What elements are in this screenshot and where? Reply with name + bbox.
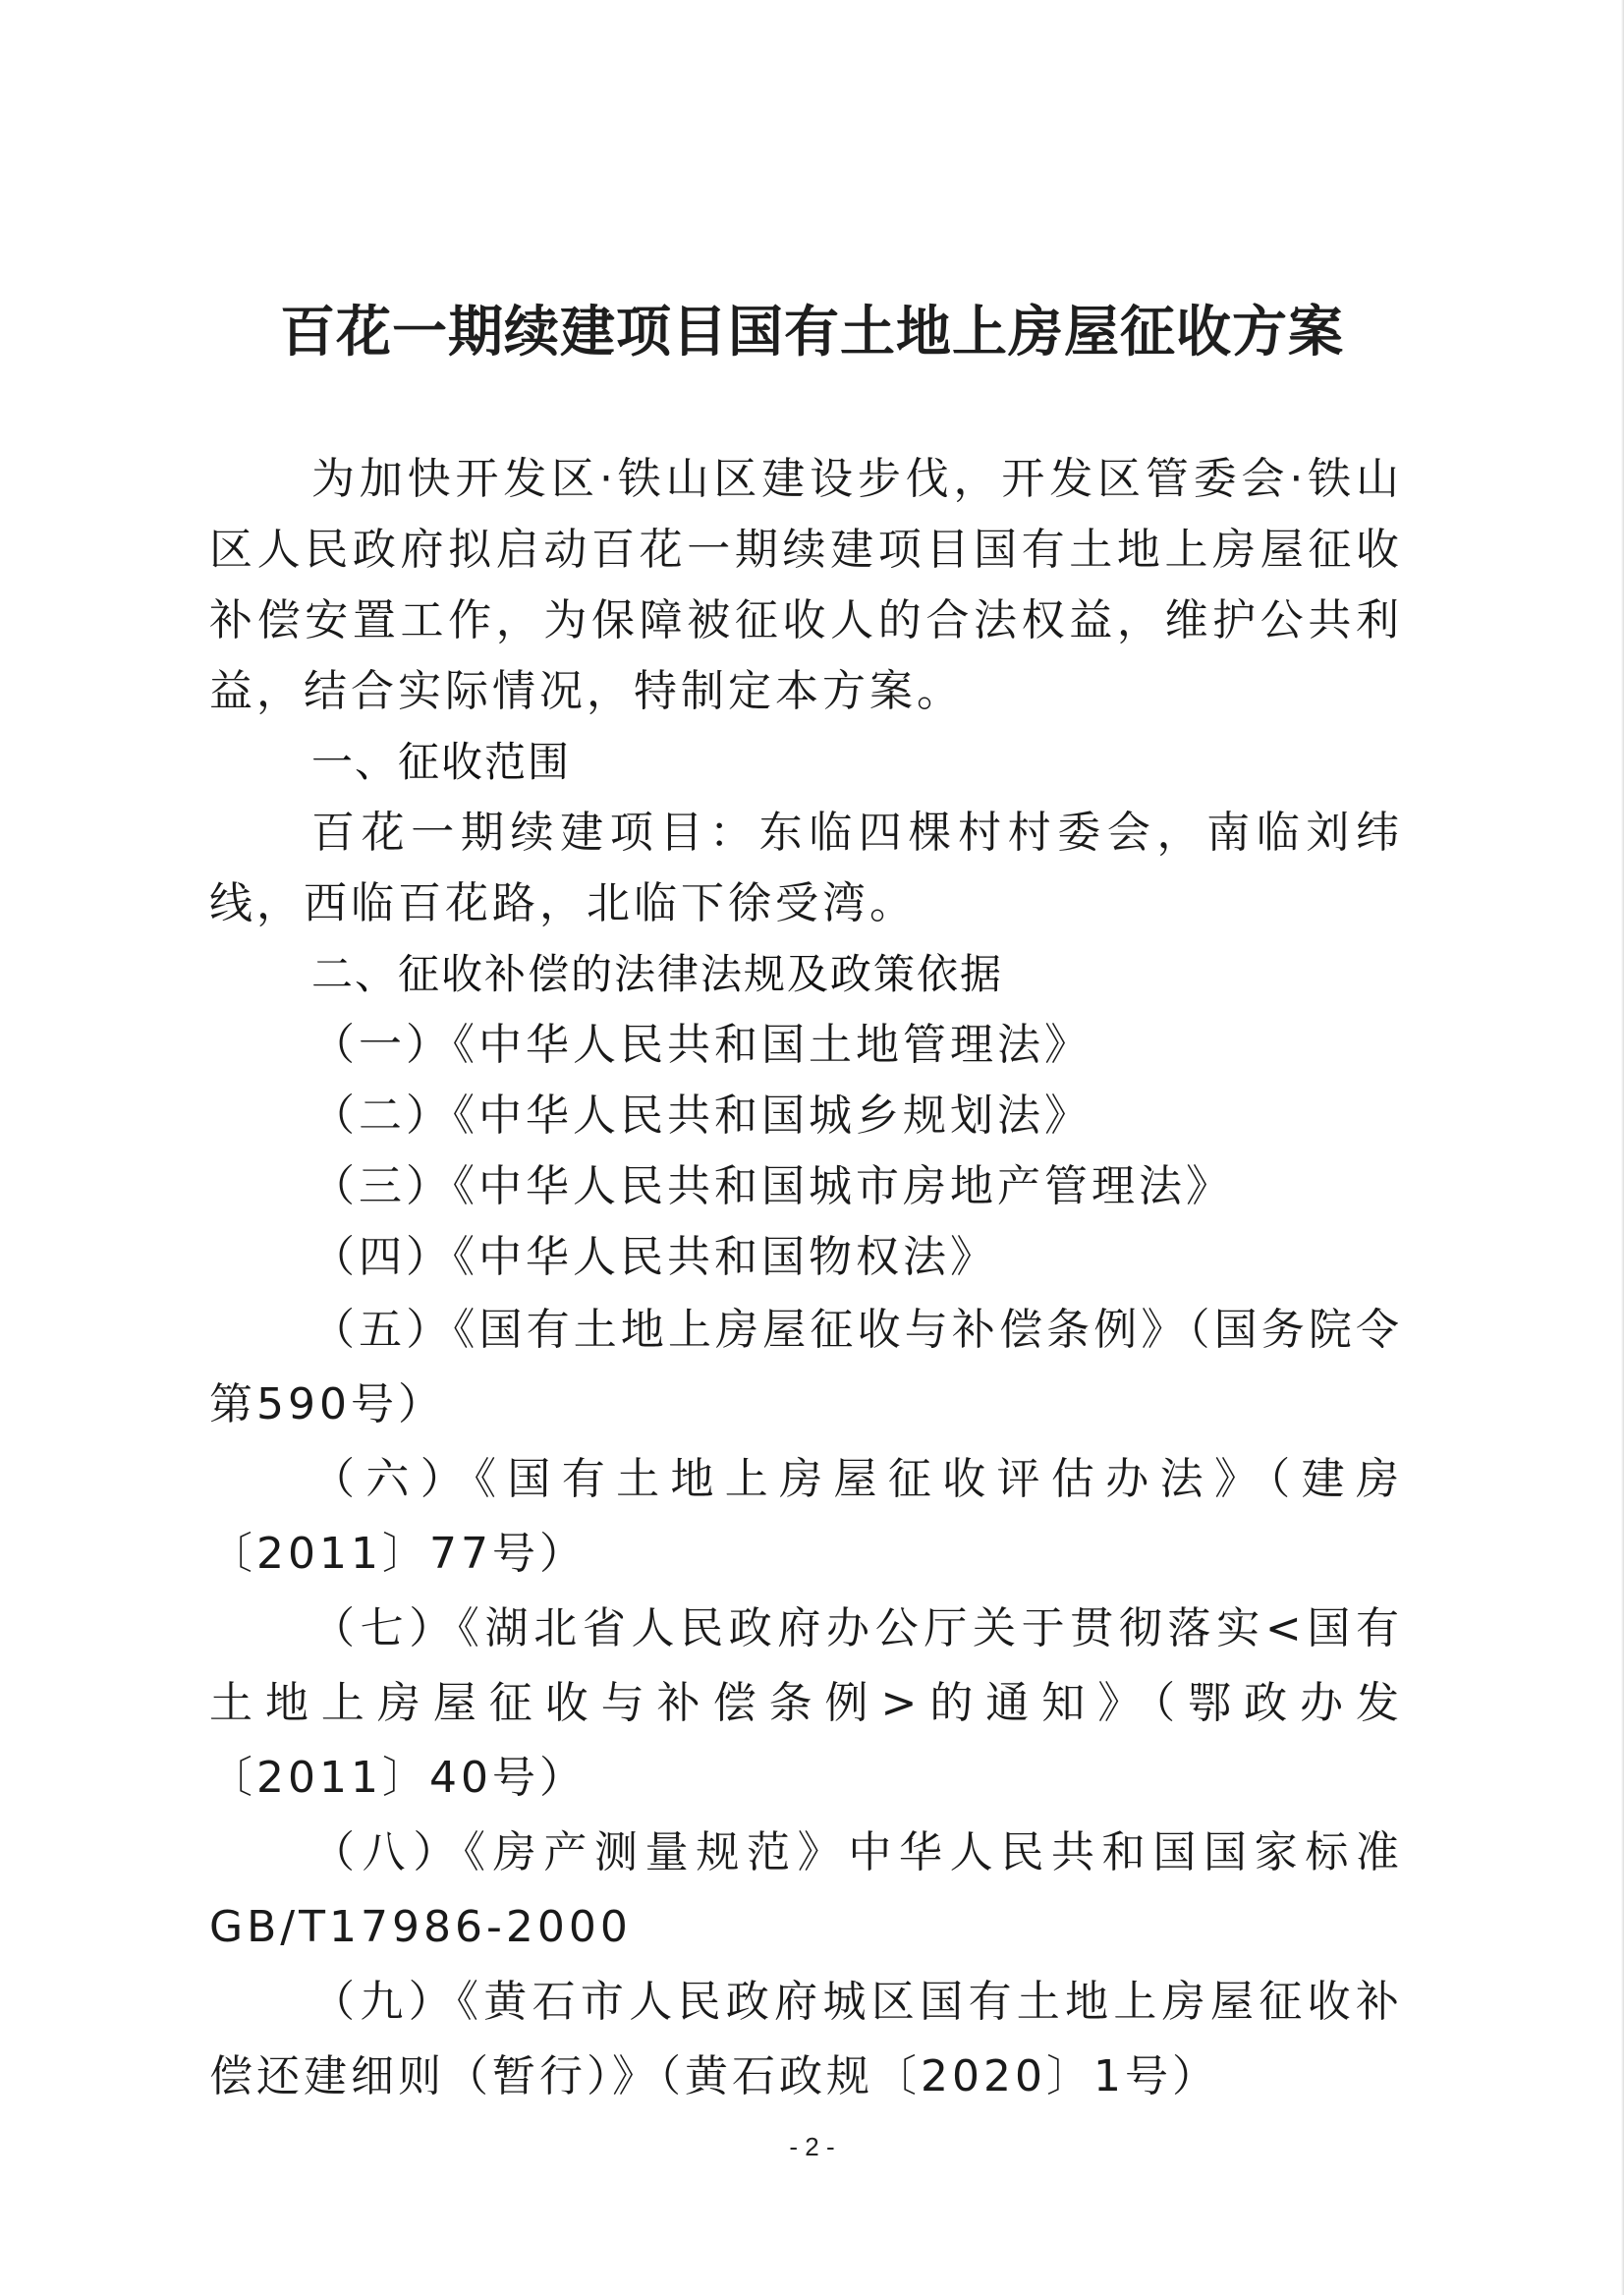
section-heading-scope: 一、征收范围: [209, 727, 1403, 798]
legal-basis-item-9: （九）《黄石市人民政府城区国有土地上房屋征收补偿还建细则（暂行）》（黄石政规〔2…: [209, 1965, 1403, 2114]
scope-paragraph: 百花一期续建项目：东临四棵村村委会，南临刘纬线，西临百花路，北临下徐受湾。: [209, 798, 1403, 939]
legal-basis-item-5: （五）《国有土地上房屋征收与补偿条例》（国务院令第590号）: [209, 1293, 1403, 1442]
section-heading-legal-basis: 二、征收补偿的法律法规及政策依据: [209, 939, 1403, 1010]
legal-basis-item-1: （一）《中华人民共和国土地管理法》: [209, 1010, 1403, 1081]
legal-basis-item-3: （三）《中华人民共和国城市房地产管理法》: [209, 1151, 1403, 1222]
document-body: 为加快开发区·铁山区建设步伐，开发区管委会·铁山区人民政府拟启动百花一期续建项目…: [209, 444, 1403, 2114]
legal-basis-item-4: （四）《中华人民共和国物权法》: [209, 1222, 1403, 1293]
legal-basis-item-7: （七）《湖北省人民政府办公厅关于贯彻落实<国有土地上房屋征收与补偿条例>的通知》…: [209, 1592, 1403, 1816]
legal-basis-item-6: （六）《国有土地上房屋征收评估办法》（建房〔2011〕77号）: [209, 1442, 1403, 1592]
legal-basis-item-8: （八）《房产测量规范》中华人民共和国国家标准GB/T17986-2000: [209, 1816, 1403, 1965]
document-page: 百花一期续建项目国有土地上房屋征收方案 为加快开发区·铁山区建设步伐，开发区管委…: [0, 0, 1624, 2295]
page-number: - 2 -: [0, 2132, 1624, 2162]
document-title: 百花一期续建项目国有土地上房屋征收方案: [0, 293, 1624, 371]
intro-paragraph: 为加快开发区·铁山区建设步伐，开发区管委会·铁山区人民政府拟启动百花一期续建项目…: [209, 444, 1403, 727]
legal-basis-item-2: （二）《中华人民共和国城乡规划法》: [209, 1081, 1403, 1151]
